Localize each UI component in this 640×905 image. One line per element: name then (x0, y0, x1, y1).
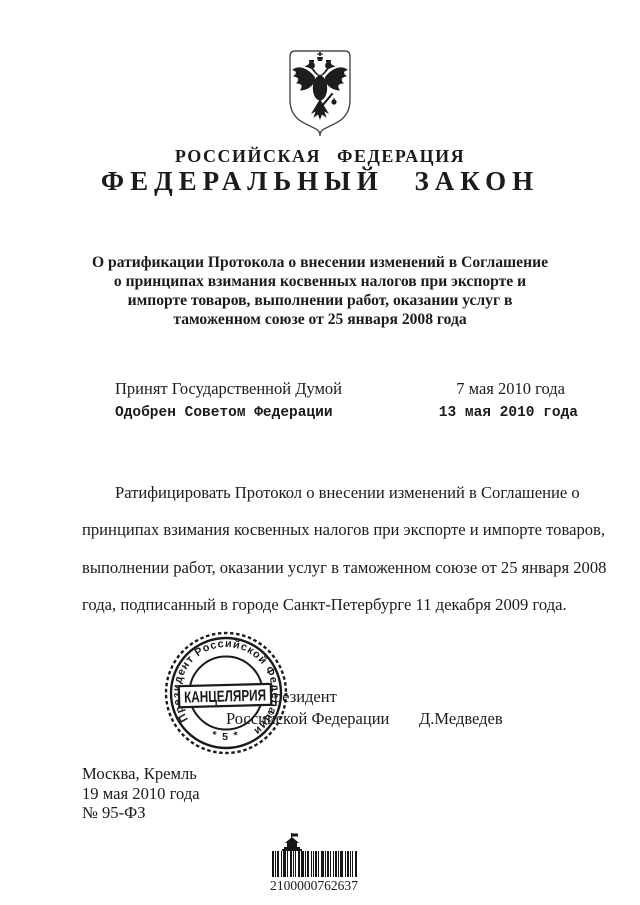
barcode-digits: 2 100000 76263 7 (270, 878, 358, 894)
digit-group: 7 (351, 878, 358, 894)
signature-name: Д.Медведев (419, 709, 503, 729)
law-type-heading: ФЕДЕРАЛЬНЫЙ ЗАКОН (0, 166, 640, 197)
country-name: РОССИЙСКАЯ ФЕДЕРАЦИЯ (0, 146, 640, 167)
kremlin-tower-icon (279, 833, 305, 852)
barcode-bars (272, 851, 362, 877)
digit-group: 76263 (317, 878, 351, 894)
issue-date: 19 мая 2010 года (82, 784, 200, 804)
adoption-date: 13 мая 2010 года (439, 405, 578, 421)
adoption-label: Принят Государственной Думой (115, 379, 342, 399)
chancellery-stamp: Президент Российской Федерации * 5 * КАН… (150, 617, 302, 769)
body-line: выполнении работ, оказании услуг в тамож… (82, 549, 570, 586)
adoption-date: 7 мая 2010 года (456, 379, 578, 399)
law-title: О ратификации Протокола о внесении измен… (80, 253, 560, 329)
issue-place: Москва, Кремль (82, 764, 200, 784)
law-title-line: о принципах взимания косвенных налогов п… (80, 272, 560, 291)
issue-block: Москва, Кремль 19 мая 2010 года № 95-ФЗ (82, 764, 200, 823)
law-title-line: О ратификации Протокола о внесении измен… (80, 253, 560, 272)
body-paragraph: Ратифицировать Протокол о внесении измен… (82, 474, 570, 624)
stamp-center-label: КАНЦЕЛЯРИЯ (184, 687, 266, 706)
russian-coat-of-arms-icon (285, 48, 355, 142)
body-line: принципах взимания косвенных налогов при… (82, 511, 570, 548)
adoption-block: Принят Государственной Думой 7 мая 2010 … (115, 379, 578, 421)
adoption-label: Одобрен Советом Федерации (115, 405, 333, 421)
law-number: № 95-ФЗ (82, 803, 200, 823)
law-title-line: импорте товаров, выполнении работ, оказа… (80, 291, 560, 310)
stamp-number: * 5 * (210, 729, 241, 743)
digit-group: 2 (270, 878, 277, 894)
body-line: Ратифицировать Протокол о внесении измен… (82, 474, 570, 511)
law-document-page: РОССИЙСКАЯ ФЕДЕРАЦИЯ ФЕДЕРАЛЬНЫЙ ЗАКОН О… (0, 0, 640, 905)
digit-group: 100000 (277, 878, 318, 894)
adoption-row-council: Одобрен Советом Федерации 13 мая 2010 го… (115, 405, 578, 421)
law-title-line: таможенном союзе от 25 января 2008 года (80, 310, 560, 329)
svg-text:* 5 *: * 5 * (210, 729, 241, 743)
adoption-row-duma: Принят Государственной Думой 7 мая 2010 … (115, 379, 578, 399)
